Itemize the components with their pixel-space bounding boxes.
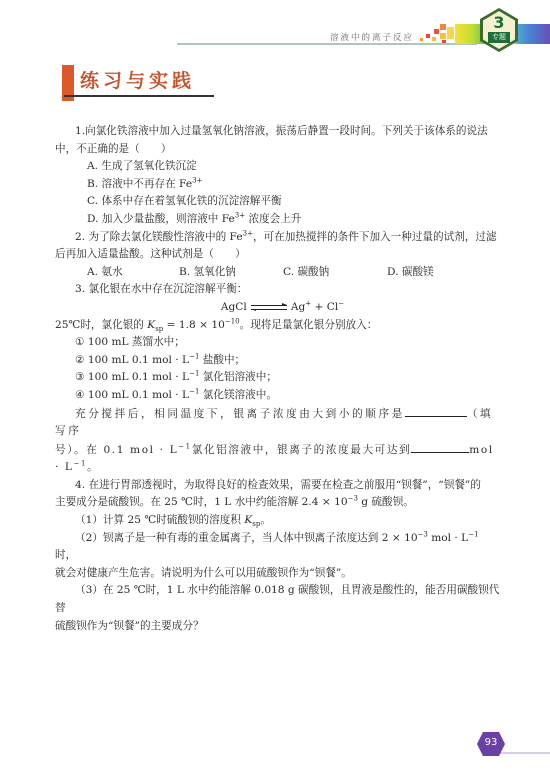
ksp-statement: 25℃时，氯化银的 Ksp = 1.8 × 10−10。现将足量氯化银分别放入： — [55, 317, 500, 335]
question-4-sub-3: （3）在 25 ℃时，1 L 水中约能溶解 0.018 g 碳酸钡，且胃液是酸性… — [55, 582, 500, 617]
question-2-option-b: B. 氢氧化钠 — [179, 264, 283, 282]
question-4-sub-1: （1）计算 25 ℃时硫酸钡的溶度积 Ksp。 — [55, 512, 500, 530]
question-4-sub-2: （2）钡离子是一种有毒的重金属离子，当人体中钡离子浓度达到 2 × 10−3 m… — [55, 530, 500, 565]
equilibrium-equation: AgClAg+ + Cl− — [55, 299, 500, 317]
section-underline — [64, 95, 214, 97]
question-1-option-c: C. 体系中存在着氢氧化铁的沉淀溶解平衡 — [55, 193, 500, 211]
question-3-follow-up: 充分搅拌后，相同温度下，银离子浓度由大到小的顺序是（填写序 — [55, 405, 500, 441]
question-2-stem: 2. 为了除去氯化镁酸性溶液中的 Fe3+，可在加热搅拌的条件下加入一种过量的试… — [55, 229, 500, 247]
footer-rule — [500, 752, 550, 754]
equilibrium-arrow-icon — [251, 303, 287, 311]
question-2-stem-cont: 后再加入适量盐酸。这种试剂是（ ） — [55, 246, 500, 264]
question-3-item-3: ③ 100 mL 0.1 mol · L−1 氯化铝溶液中； — [55, 369, 500, 387]
question-4-sub-3-cont: 硫酸钡作为“钡餐”的主要成分？ — [55, 618, 500, 636]
chapter-badge: 3 专题 — [478, 7, 520, 53]
question-3-item-1: ① 100 mL 蒸馏水中； — [55, 334, 500, 352]
question-1-option-d: D. 加入少量盐酸，则溶液中 Fe3+ 浓度会上升 — [55, 211, 500, 229]
exercise-content: 1.向氯化铁溶液中加入过量氢氧化钠溶液，振荡后静置一段时间。下列关于该体系的说法… — [55, 123, 500, 635]
question-2-option-a: A. 氨水 — [87, 264, 179, 282]
chapter-label: 专题 — [488, 32, 510, 43]
answer-blank-concentration[interactable] — [411, 441, 469, 453]
question-4-stem-cont: 主要成分是硫酸钡。在 25 ℃时，1 L 水中约能溶解 2.4 × 10−3 g… — [55, 494, 500, 512]
chapter-number: 3 — [478, 13, 520, 32]
question-1-stem: 1.向氯化铁溶液中加入过量氢氧化钠溶液，振荡后静置一段时间。下列关于该体系的说法 — [55, 123, 500, 141]
question-1-stem-cont: 中，不正确的是（ ） — [55, 141, 500, 159]
question-2-option-c: C. 碳酸钠 — [283, 264, 387, 282]
question-3-stem: 3. 氯化银在水中存在沉淀溶解平衡： — [55, 281, 500, 299]
question-2-options: A. 氨水 B. 氢氧化钠 C. 碳酸钠 D. 碳酸镁 — [55, 264, 500, 282]
question-3-item-4: ④ 100 mL 0.1 mol · L−1 氯化镁溶液中。 — [55, 387, 500, 405]
page-number: 93 — [476, 737, 506, 748]
question-1-option-b: B. 溶液中不再存在 Fe3+ — [55, 176, 500, 194]
question-1-option-a: A. 生成了氢氧化铁沉淀 — [55, 158, 500, 176]
answer-blank-order[interactable] — [405, 405, 467, 417]
question-4-stem: 4. 在进行胃部透视时，为取得良好的检查效果，需要在检查之前服用“钡餐”，“钡餐… — [55, 477, 500, 495]
chapter-title: 溶液中的离子反应 — [330, 31, 414, 43]
section-title: 练习与实践 — [80, 66, 195, 93]
question-2-option-d: D. 碳酸镁 — [387, 264, 434, 282]
pixel-decoration — [418, 24, 458, 44]
question-4-sub-2-cont: 就会对健康产生危害。请说明为什么可以用硫酸钡作为“钡餐”。 — [55, 565, 500, 583]
question-3-follow-up-cont: 号）。在 0.1 mol · L−1氯化铝溶液中，银离子的浓度最大可达到mol … — [55, 441, 500, 477]
question-3-item-2: ② 100 mL 0.1 mol · L−1 盐酸中； — [55, 352, 500, 370]
